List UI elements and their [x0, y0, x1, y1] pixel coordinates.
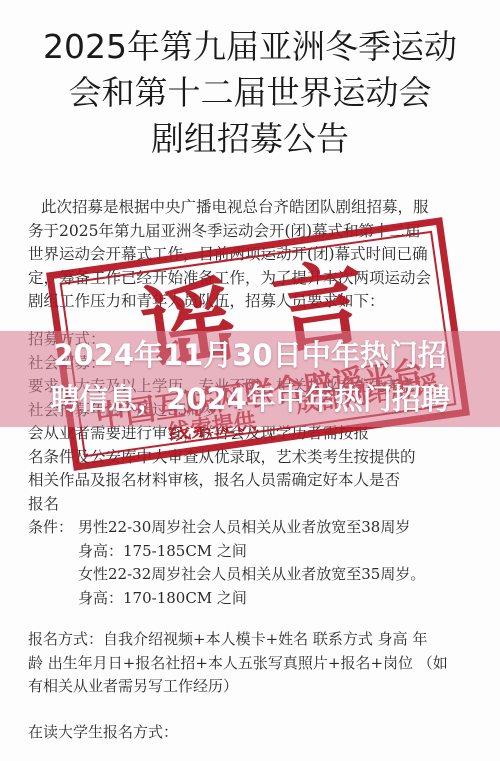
headline-line-1: 2024年11月30日中年热门招	[0, 333, 500, 377]
intro-line: 此次招募是根据中央广播电视总台齐皓团队剧组招募，服	[28, 196, 468, 220]
signup-section: 报名方式：自我介绍视频+本人模卡+姓名 联系方式 身高 年 龄 出生年月日+报名…	[28, 628, 448, 699]
document-title: 2025年第九届亚洲冬季运动 会和第十二届世界运动会 剧组招募公告	[0, 24, 500, 162]
recruit-line: 相关作品及报名材料审核，报名人员需确定好本人是否	[28, 469, 468, 493]
conditions-label: 条件：	[28, 516, 78, 540]
recruit-line: 名条件及公安库中大审查从优录取，艺术类考生按提供的	[28, 446, 468, 470]
intro-paragraph: 此次招募是根据中央广播电视总台齐皓团队剧组招募，服 务于2025年第九届亚洲冬季…	[28, 196, 468, 314]
article-image: 2025年第九届亚洲冬季运动 会和第十二届世界运动会 剧组招募公告 此次招募是根…	[0, 0, 500, 761]
intro-line: 定，筹备工作已经开始准备工作，为了提升本次两项运动会	[28, 267, 468, 291]
signup-line: 有相关从业者需另写工作经历）	[28, 675, 448, 699]
conditions-section: 条件： 男性22-30周岁社会人员相关从业者放宽至38周岁 身高：175-185…	[28, 516, 425, 610]
condition-line: 男性22-30周岁社会人员相关从业者放宽至38周岁	[78, 516, 410, 540]
intro-line: 世界运动会开幕式工作，目前两项运动开(闭)幕式时间已确	[28, 243, 468, 267]
intro-line: 务于2025年第九届亚洲冬季运动会开(闭)幕式和第十二届	[28, 220, 468, 244]
document-title-line-3: 剧组招募公告	[0, 116, 500, 162]
document-title-line-2: 会和第十二届世界运动会	[0, 70, 500, 116]
student-signup-heading: 在读大学生报名方式：	[28, 721, 178, 744]
signup-line: 龄 出生年月日+报名社招+本人五张写真照片+报名+岗位 （如	[28, 652, 448, 676]
recruit-line: 报名	[28, 493, 468, 517]
condition-line: 身高：170-180CM 之间	[28, 587, 425, 611]
signup-line: 报名方式：自我介绍视频+本人模卡+姓名 联系方式 身高 年	[28, 628, 448, 652]
condition-line: 女性22-32周岁社会人员相关从业者放宽至35周岁。	[28, 563, 425, 587]
condition-line: 身高：175-185CM 之间	[28, 540, 425, 564]
document-title-line-1: 2025年第九届亚洲冬季运动	[0, 24, 500, 70]
headline-line-2: 聘信息，2024年中年热门招聘	[0, 377, 500, 421]
headline-overlay-title: 2024年11月30日中年热门招 聘信息，2024年中年热门招聘	[0, 333, 500, 421]
intro-line: 剧组工作压力和青年人员队伍，招募人员要求如下：	[28, 290, 468, 314]
